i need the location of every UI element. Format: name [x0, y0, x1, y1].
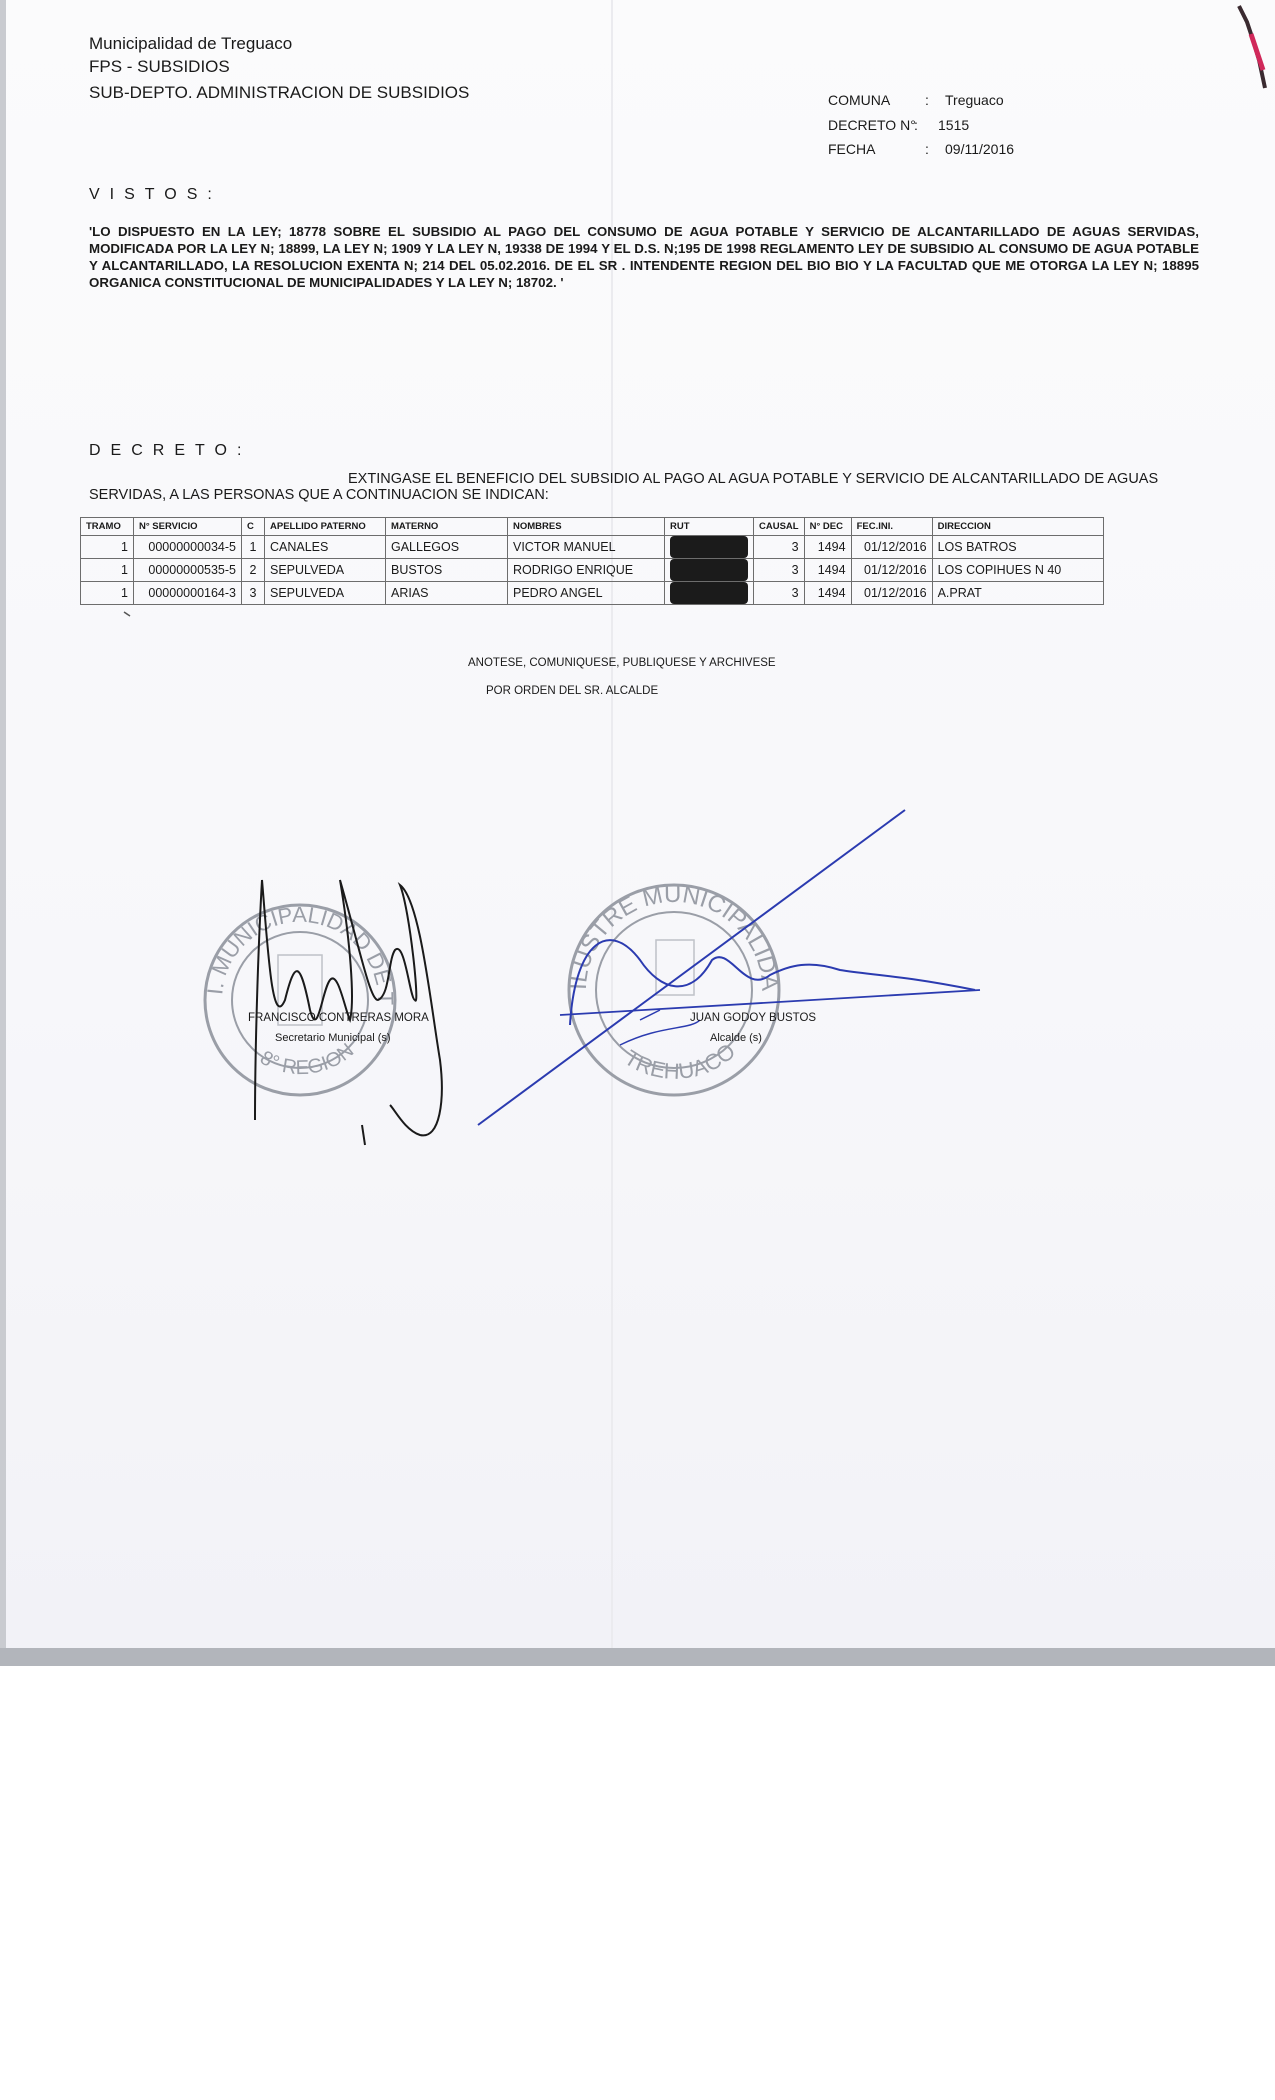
signer-right-name: JUAN GODOY BUSTOS — [690, 1012, 816, 1024]
signer-right-role: Alcalde (s) — [710, 1032, 762, 1044]
stamps-and-signatures: I. MUNICIPALIDAD DE TREHUACO 8° REGION I… — [0, 0, 1275, 1648]
seal-left-bottom-text: 8° REGION — [256, 1039, 358, 1079]
seal-right-bottom-text: TREHUACO — [620, 1038, 740, 1084]
signer-left-role: Secretario Municipal (s) — [275, 1032, 391, 1044]
seal-left-top-text: I. MUNICIPALIDAD DE TREHUACO — [0, 0, 398, 1005]
page-bottom-edge — [0, 1648, 1275, 1666]
signature-right-mark-icon — [620, 1010, 700, 1045]
signature-left-tick-icon — [362, 1125, 365, 1145]
signer-left-name: FRANCISCO CONTRERAS MORA — [248, 1012, 429, 1024]
scan-speck-icon — [124, 612, 130, 616]
seal-right-top-text: ILUSTRE MUNICIPALIDAD — [0, 0, 783, 992]
